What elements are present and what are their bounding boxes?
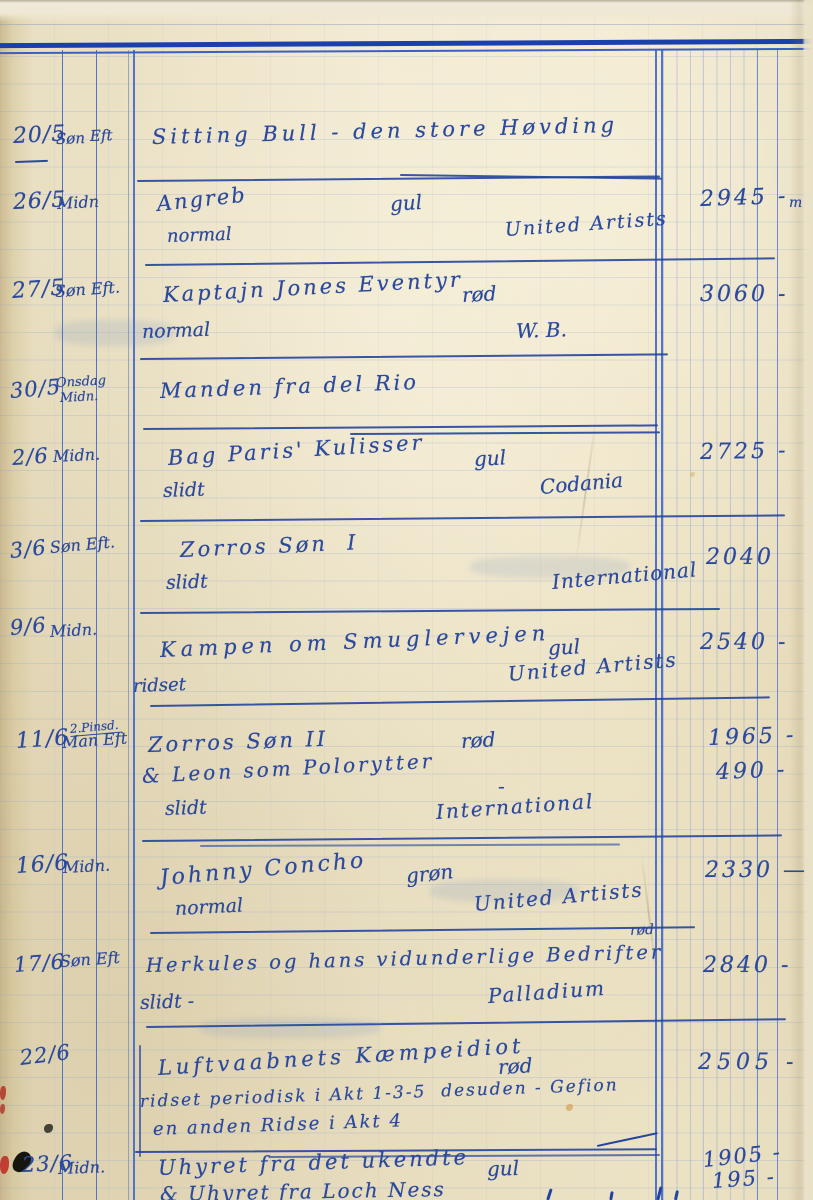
hand-margin-stroke	[139, 1045, 141, 1157]
ledger-page: 20/5 Søn Eft Sitting Bull - den store Hø…	[0, 0, 813, 1200]
entry-8-date: 16/6	[15, 852, 70, 878]
entry-6-amount: 2540 -	[700, 632, 788, 654]
entry-11-film-title2: & Uhyret fra Loch Ness	[160, 1179, 446, 1200]
entry-4-date: 2/6	[11, 445, 49, 469]
column-line-margin	[133, 50, 135, 1200]
column-line-right1	[757, 50, 758, 1200]
entry-11-print-color: gul	[487, 1158, 520, 1179]
entry-4-print-color: gul	[473, 447, 506, 469]
entry-2-print-color: rød	[461, 283, 496, 305]
ink-bleedthrough	[200, 1018, 380, 1038]
entry-9-date: 17/6	[13, 951, 66, 976]
entry-5-date: 3/6	[9, 537, 48, 562]
entry-6-print-color: gul	[547, 636, 580, 658]
page-top-edge	[0, 0, 813, 22]
entry-1-condition: normal	[167, 226, 232, 246]
entry-7-day: Man Eft	[61, 730, 127, 751]
entry-7-print-color: rød	[460, 729, 495, 751]
entry-11-amount2: 195 -	[711, 1167, 776, 1192]
entry-7-amount2: 490 -	[716, 760, 788, 784]
entry-8-condition: normal	[175, 896, 244, 919]
entry-0-day2: Eft	[90, 128, 113, 144]
entry-1-amount: 2945 -	[700, 186, 789, 211]
entry-4-day: Midn.	[53, 447, 101, 465]
entry-9-amount: 2840 -	[703, 955, 791, 977]
entry-2-day: Søn Eft.	[54, 279, 120, 300]
entry-2-amount: 3060 -	[700, 284, 788, 306]
entry-7-dash: -	[498, 776, 505, 796]
entry-3-date: 30/5	[9, 377, 62, 402]
entry-0-day: Søn	[56, 131, 85, 147]
entry-8-print-color: grøn	[405, 861, 454, 886]
entry-6-date: 9/6	[9, 615, 47, 639]
top-faint-rule	[0, 24, 813, 25]
entry-8-amount: 2330 —	[705, 860, 808, 882]
entry-4-condition: slidt	[163, 481, 205, 501]
entry-1-day: Midn	[57, 194, 100, 212]
entry-9-day: Søn Eft	[59, 950, 120, 970]
entry-8-day: Midn.	[63, 858, 111, 876]
entry-9-condition: slidt -	[140, 992, 195, 1013]
entry-4-amount: 2725 -	[700, 440, 789, 464]
entry-7-amount: 1965 -	[708, 725, 797, 750]
entry-1-amount-note: m	[789, 196, 802, 210]
entry-10-print-color: rød	[497, 1055, 532, 1077]
entry-6-condition: ridset	[133, 676, 187, 696]
entry-3-day: Onsdag	[56, 374, 107, 390]
entry-8-color-note: rød	[630, 923, 655, 938]
entry-5-amount: 2040	[706, 547, 774, 569]
entry-7-condition: slidt	[165, 799, 207, 819]
entry-10-amount: 2505 -	[698, 1052, 798, 1074]
entry-5-condition: slidt	[166, 573, 208, 593]
entry-2-distributor: W. B.	[516, 319, 568, 341]
column-line-right2	[777, 50, 778, 1200]
entry-11-day: Midn.	[58, 1159, 106, 1177]
entry-1-print-color: gul	[389, 192, 422, 214]
page-right-edge	[789, 0, 813, 1200]
entry-2-condition: normal	[142, 321, 211, 342]
entry-6-day: Midn.	[50, 622, 98, 640]
amount-subcolumns	[663, 50, 756, 1200]
entry-3-day2: Midn.	[60, 390, 99, 405]
column-line-margin-outer	[128, 50, 129, 1200]
